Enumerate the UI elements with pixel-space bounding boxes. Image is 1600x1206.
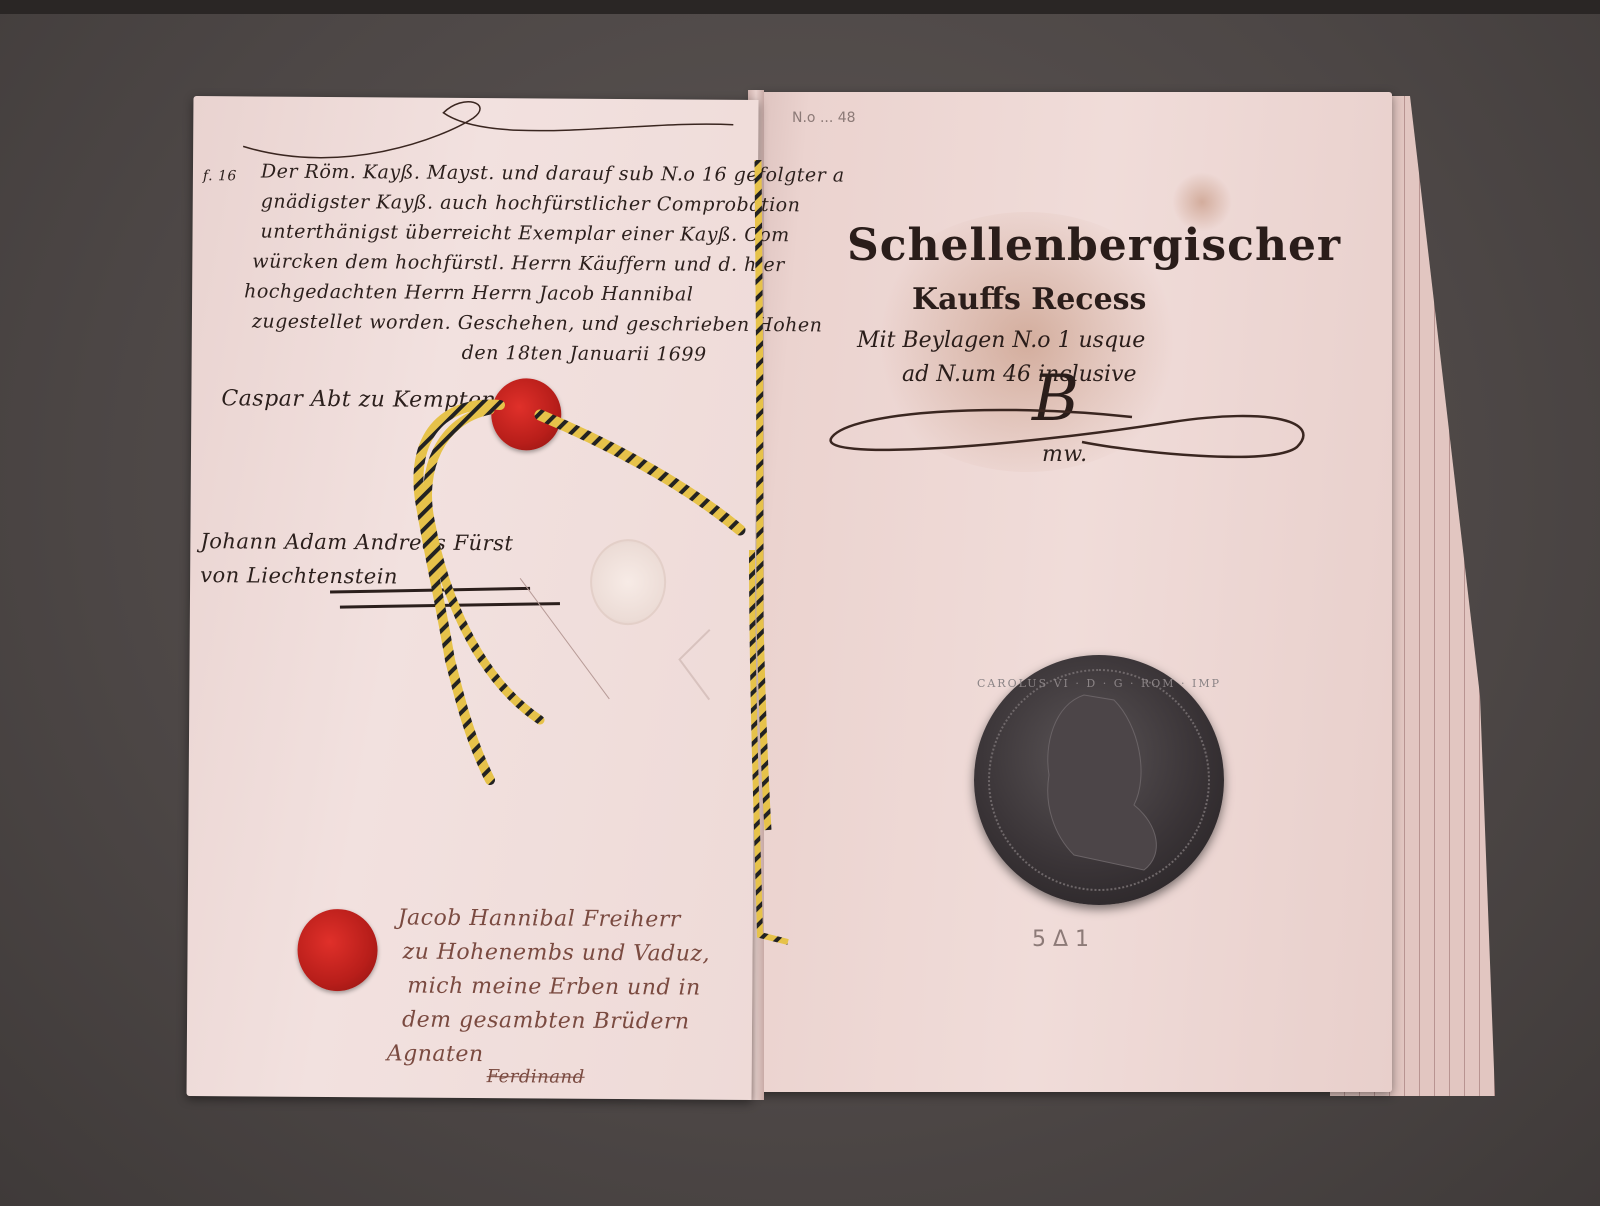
braided-cord [0,0,1600,1206]
